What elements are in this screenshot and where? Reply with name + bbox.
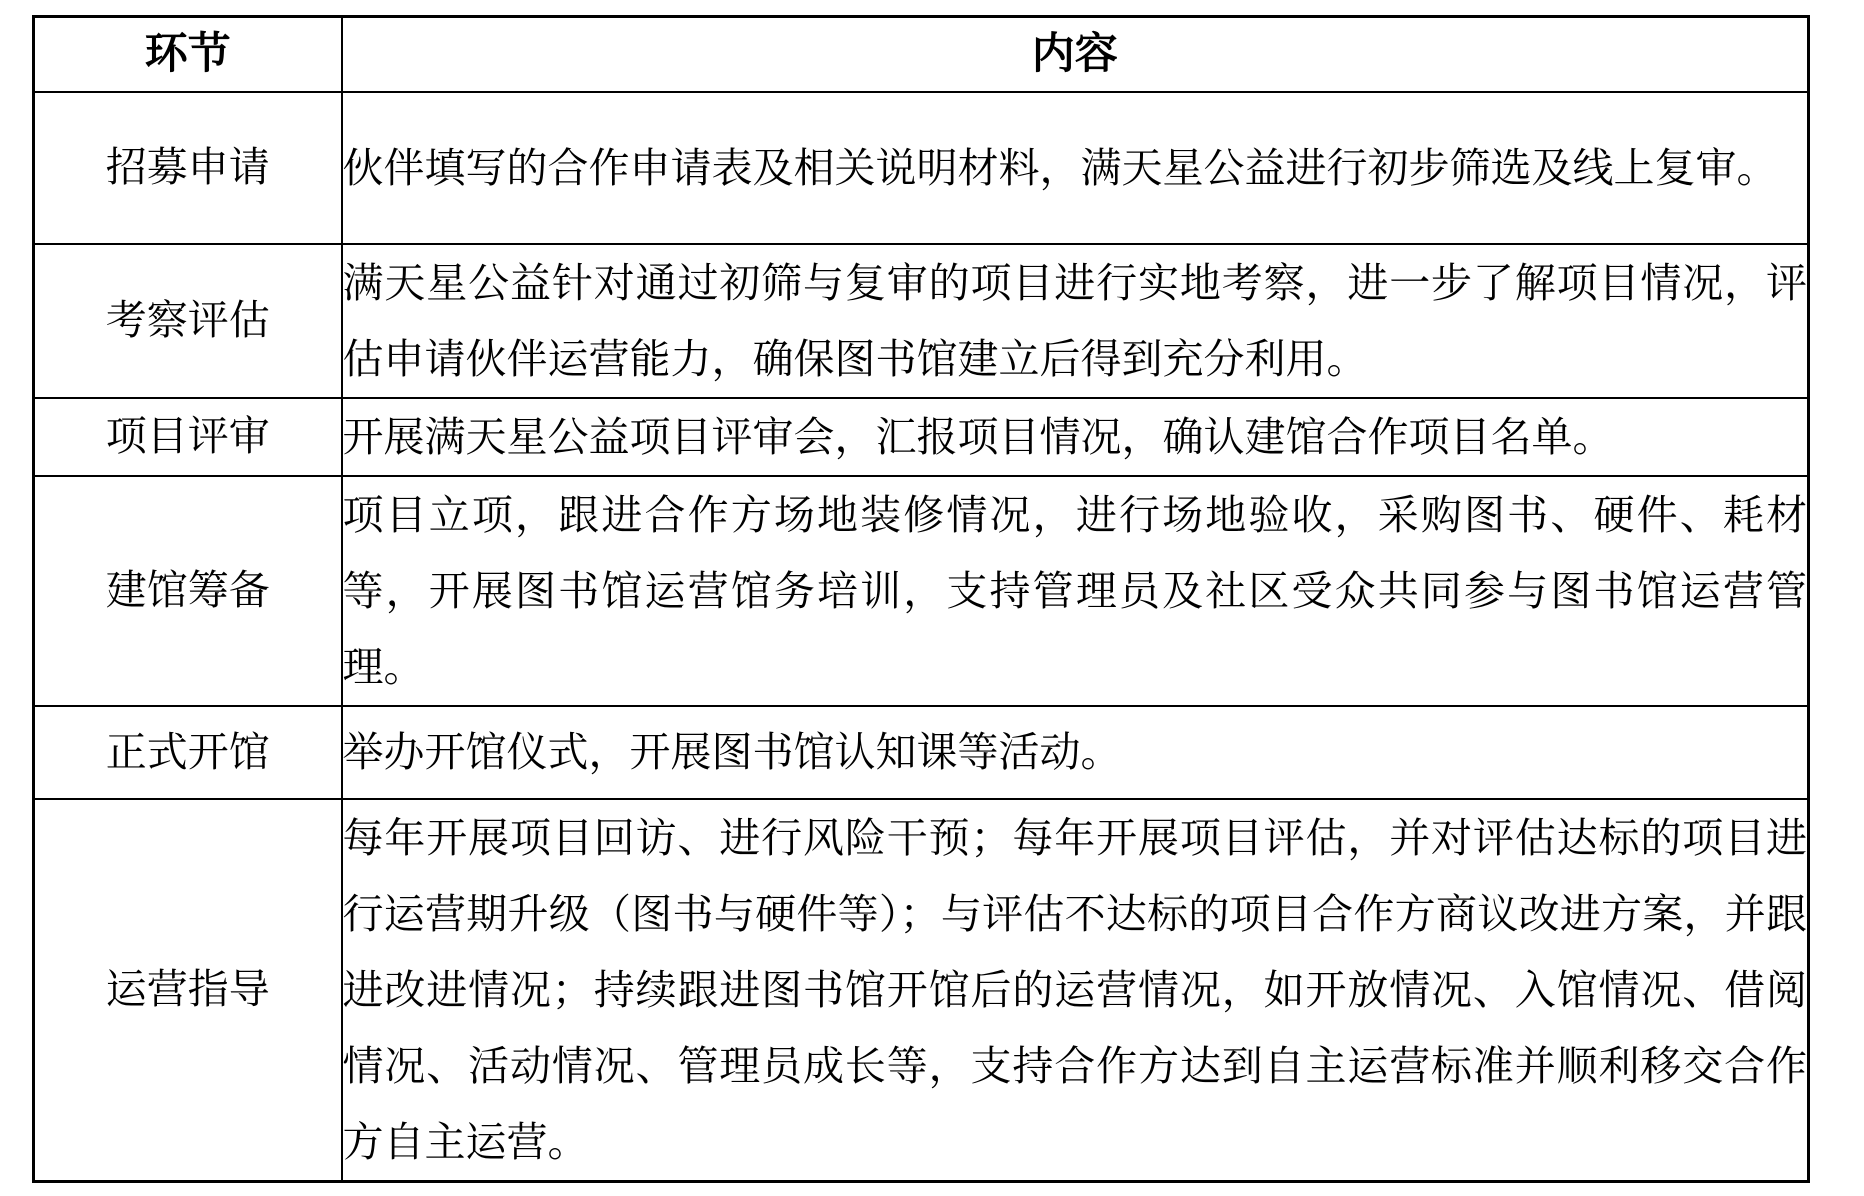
document-page: 环节 内容 招募申请 伙伴填写的合作申请表及相关说明材料，满天星公益进行初步筛选… bbox=[0, 0, 1864, 1196]
table-row: 考察评估 满天星公益针对通过初筛与复审的项目进行实地考察，进一步了解项目情况，评… bbox=[34, 244, 1809, 398]
content-cell: 伙伴填写的合作申请表及相关说明材料，满天星公益进行初步筛选及线上复审。 bbox=[342, 92, 1809, 244]
table-row: 招募申请 伙伴填写的合作申请表及相关说明材料，满天星公益进行初步筛选及线上复审。 bbox=[34, 92, 1809, 244]
table-row: 建馆筹备 项目立项，跟进合作方场地装修情况，进行场地验收，采购图书、硬件、耗材等… bbox=[34, 476, 1809, 706]
stage-cell: 正式开馆 bbox=[34, 706, 342, 799]
stage-cell: 考察评估 bbox=[34, 244, 342, 398]
content-cell: 项目立项，跟进合作方场地装修情况，进行场地验收，采购图书、硬件、耗材等，开展图书… bbox=[342, 476, 1809, 706]
stage-cell: 项目评审 bbox=[34, 398, 342, 476]
content-cell: 开展满天星公益项目评审会，汇报项目情况，确认建馆合作项目名单。 bbox=[342, 398, 1809, 476]
column-header-stage: 环节 bbox=[34, 17, 342, 92]
stage-cell: 建馆筹备 bbox=[34, 476, 342, 706]
content-cell: 满天星公益针对通过初筛与复审的项目进行实地考察，进一步了解项目情况，评估申请伙伴… bbox=[342, 244, 1809, 398]
content-cell: 每年开展项目回访、进行风险干预；每年开展项目评估，并对评估达标的项目进行运营期升… bbox=[342, 799, 1809, 1182]
content-cell: 举办开馆仪式，开展图书馆认知课等活动。 bbox=[342, 706, 1809, 799]
table-row: 项目评审 开展满天星公益项目评审会，汇报项目情况，确认建馆合作项目名单。 bbox=[34, 398, 1809, 476]
stage-cell: 运营指导 bbox=[34, 799, 342, 1182]
stage-cell: 招募申请 bbox=[34, 92, 342, 244]
table-row: 运营指导 每年开展项目回访、进行风险干预；每年开展项目评估，并对评估达标的项目进… bbox=[34, 799, 1809, 1182]
table-row: 正式开馆 举办开馆仪式，开展图书馆认知课等活动。 bbox=[34, 706, 1809, 799]
header-row: 环节 内容 bbox=[34, 17, 1809, 92]
column-header-content: 内容 bbox=[342, 17, 1809, 92]
process-table: 环节 内容 招募申请 伙伴填写的合作申请表及相关说明材料，满天星公益进行初步筛选… bbox=[32, 15, 1810, 1183]
